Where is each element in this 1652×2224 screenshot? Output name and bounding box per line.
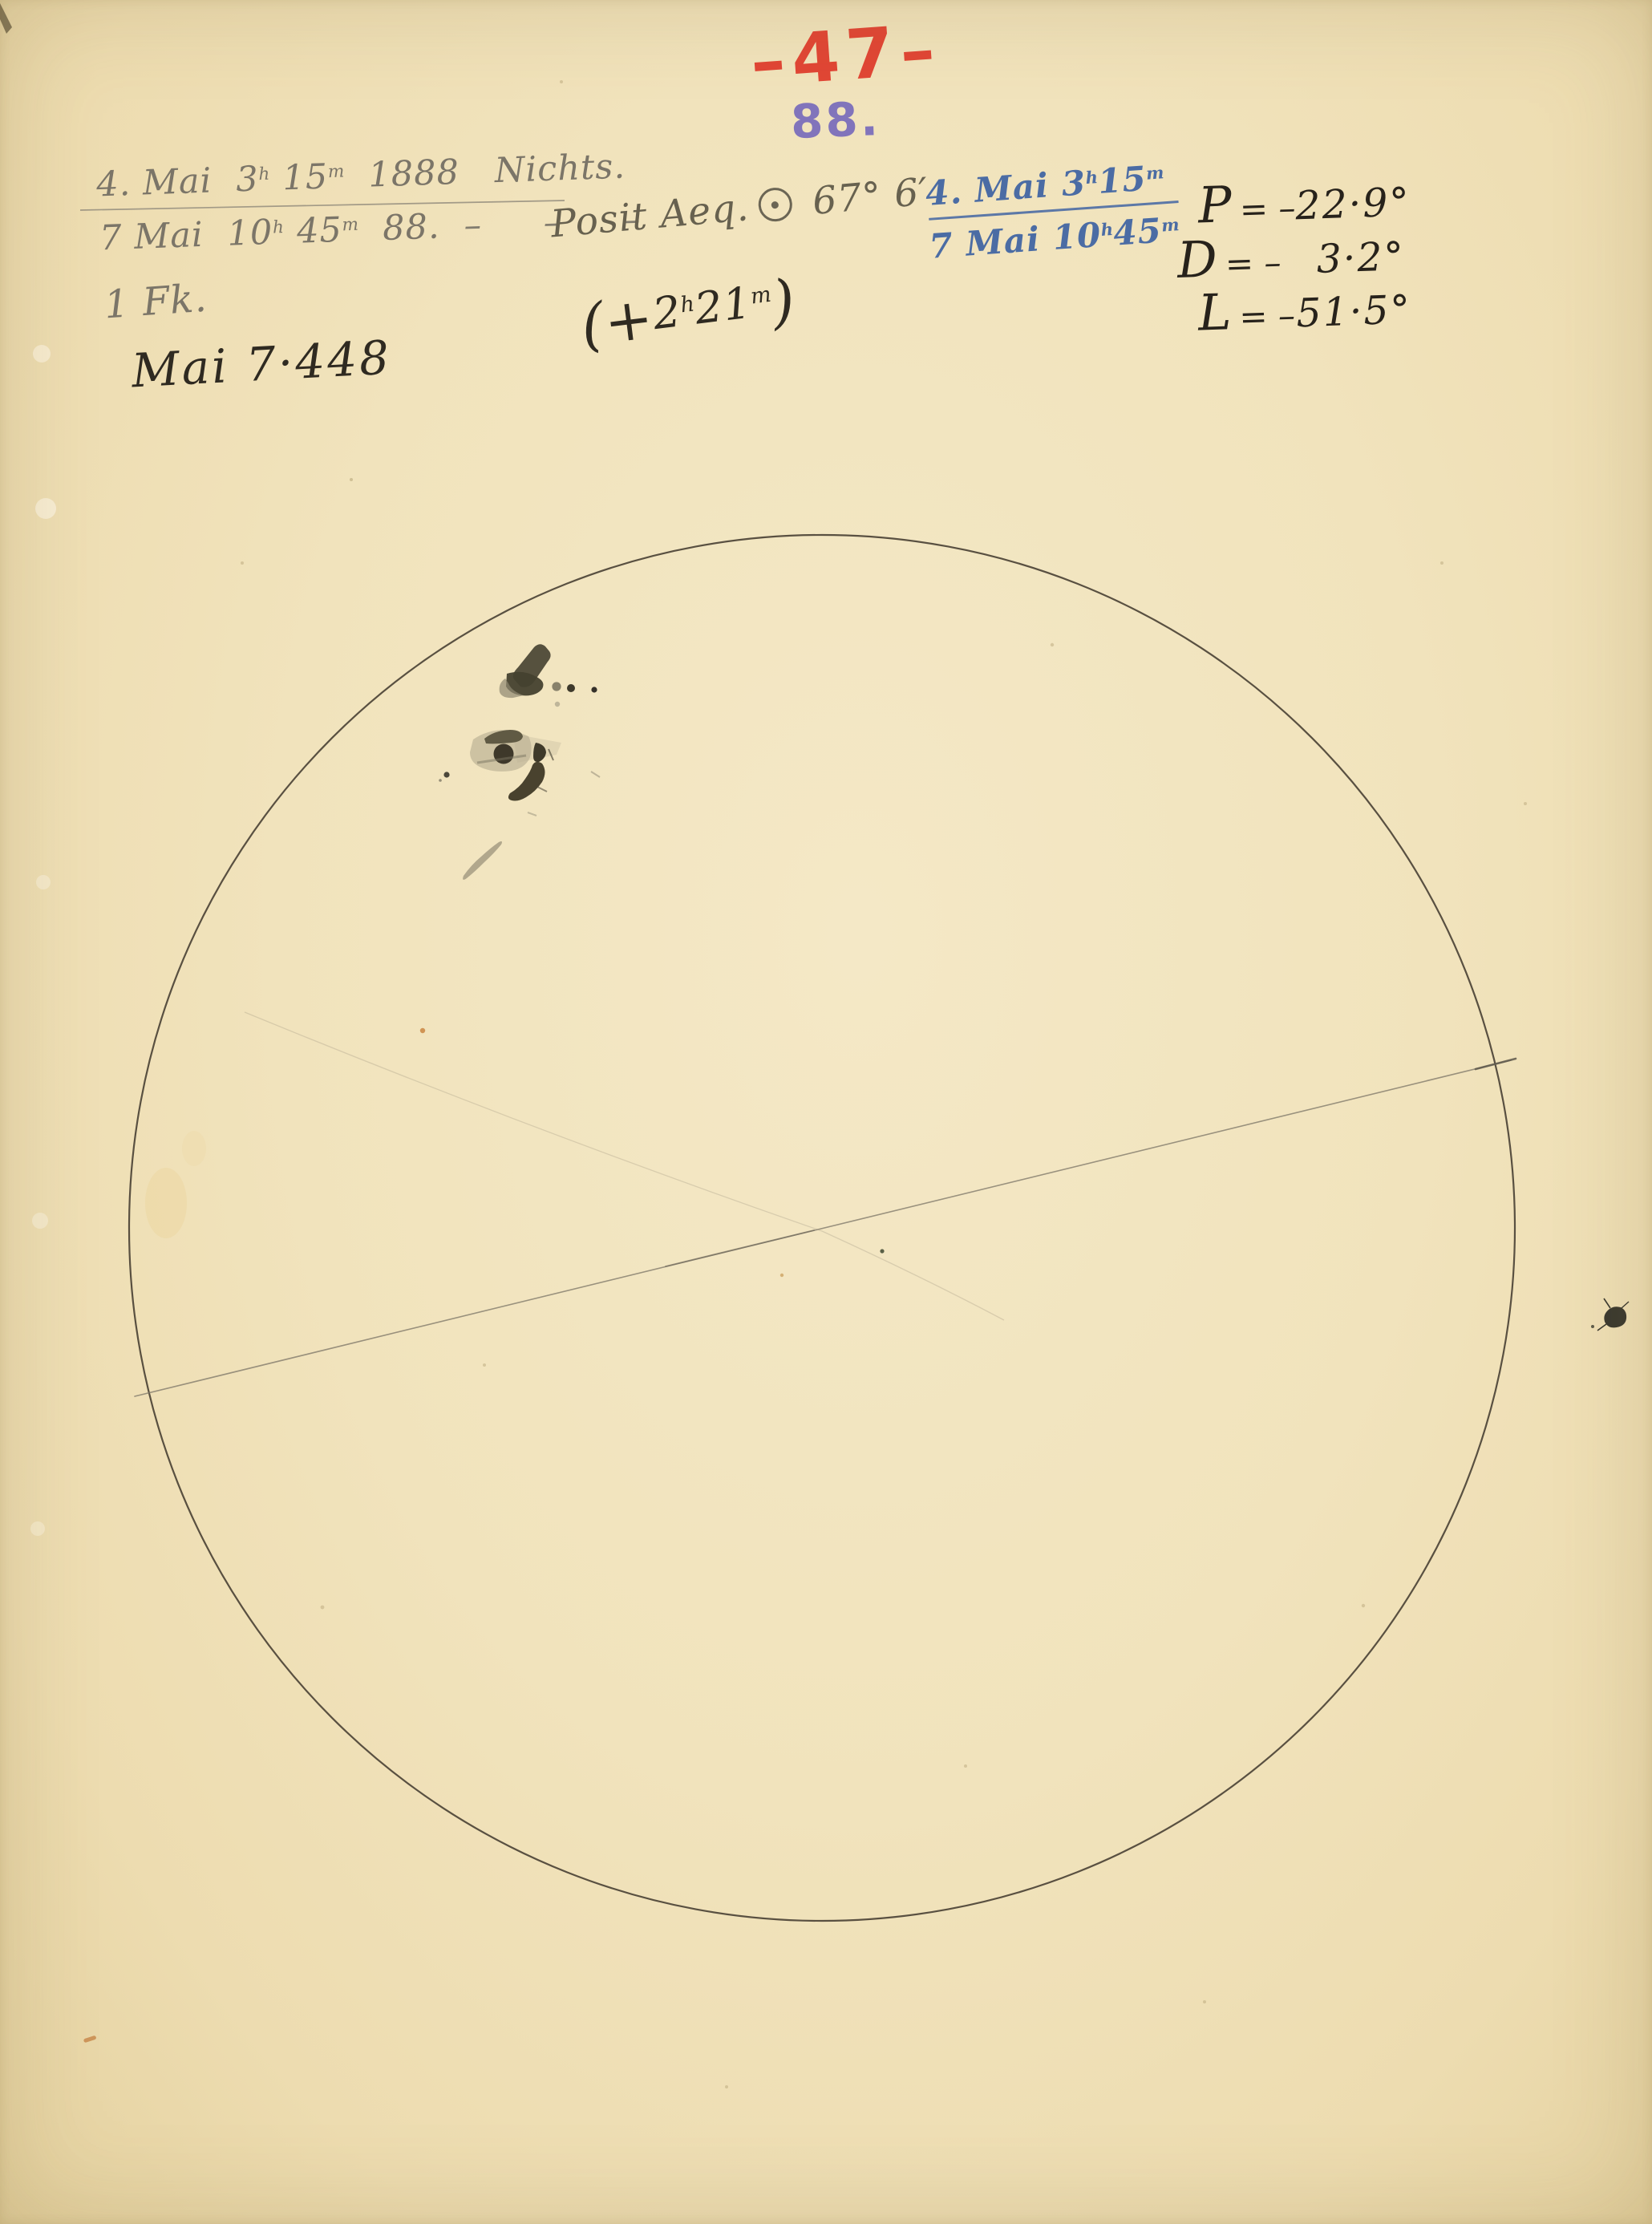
element-d-relation: = – bbox=[1225, 242, 1282, 283]
time2-hour: 10 bbox=[1051, 215, 1103, 257]
blue-time-fraction: 4. Mai3h15m 7 Mai10h45m bbox=[924, 156, 1181, 266]
obs2-year: 88. bbox=[382, 207, 440, 249]
equator-line bbox=[135, 1059, 1516, 1396]
obs1-minute-unit: m bbox=[327, 161, 344, 182]
element-l-symbol: L bbox=[1197, 282, 1234, 342]
paper-scratch-line bbox=[245, 1012, 1004, 1320]
time1-hour: 3 bbox=[1060, 163, 1087, 204]
time1-hour-unit: h bbox=[1085, 167, 1099, 188]
obs1-minute: 15 bbox=[282, 156, 329, 198]
element-p-symbol: P bbox=[1197, 175, 1234, 234]
element-p-value: 22·9° bbox=[1294, 179, 1411, 229]
sunspot-faint-streak bbox=[463, 812, 536, 880]
faculae-count-note: 1 Fk. bbox=[103, 276, 209, 328]
violet-stamp-number: 88. bbox=[790, 91, 881, 149]
element-row-l: L= – 51·5° bbox=[1197, 283, 1412, 339]
element-row-p: P= – 22·9° bbox=[1197, 176, 1409, 232]
red-folio-number: –47– bbox=[748, 10, 944, 103]
element-p-relation: = – bbox=[1239, 188, 1296, 229]
correction-open-paren: (+ bbox=[577, 284, 658, 359]
obs1-hour: 3 bbox=[235, 159, 259, 200]
correction-minutes: 21 bbox=[692, 277, 755, 334]
time1-minute: 15 bbox=[1097, 159, 1148, 201]
time2-date: 7 Mai bbox=[928, 219, 1042, 266]
sun-symbol-icon bbox=[757, 186, 794, 223]
time1-date: 4. Mai bbox=[924, 165, 1050, 213]
obs2-hour: 10 bbox=[227, 213, 273, 254]
time2-minute: 45 bbox=[1112, 211, 1164, 253]
obs2-date: 7 Mai bbox=[99, 215, 204, 258]
paper-blemishes bbox=[30, 345, 56, 1536]
obs1-date: 4. Mai bbox=[95, 161, 213, 205]
ink-blot bbox=[1591, 1298, 1629, 1331]
observation-sheet: –47– 88. 4. Mai3h15m1888Nichts. 7 Mai10h… bbox=[0, 0, 1652, 2224]
element-l-relation: = – bbox=[1239, 295, 1296, 336]
obs1-remark: Nichts. bbox=[494, 146, 626, 191]
sunspot-cluster-upper bbox=[500, 644, 597, 707]
correction-minutes-unit: m bbox=[749, 282, 772, 310]
obs2-minute-unit: m bbox=[342, 215, 358, 236]
time1-minute-unit: m bbox=[1145, 162, 1164, 183]
sunspot-cluster-middle bbox=[439, 730, 600, 801]
obs2-minute: 45 bbox=[296, 210, 342, 252]
element-l-value: 51·5° bbox=[1295, 286, 1412, 336]
element-row-d: D= – 3·2° bbox=[1176, 230, 1406, 287]
element-d-value: 3·2° bbox=[1316, 233, 1406, 282]
obs2-hour-unit: h bbox=[273, 217, 285, 237]
drawing-layer bbox=[0, 0, 1652, 2224]
obs1-year: 1888 bbox=[368, 152, 460, 196]
obs1-hour-unit: h bbox=[258, 164, 270, 184]
element-d-symbol: D bbox=[1176, 229, 1220, 290]
scan-edge-mark bbox=[0, 3, 12, 34]
